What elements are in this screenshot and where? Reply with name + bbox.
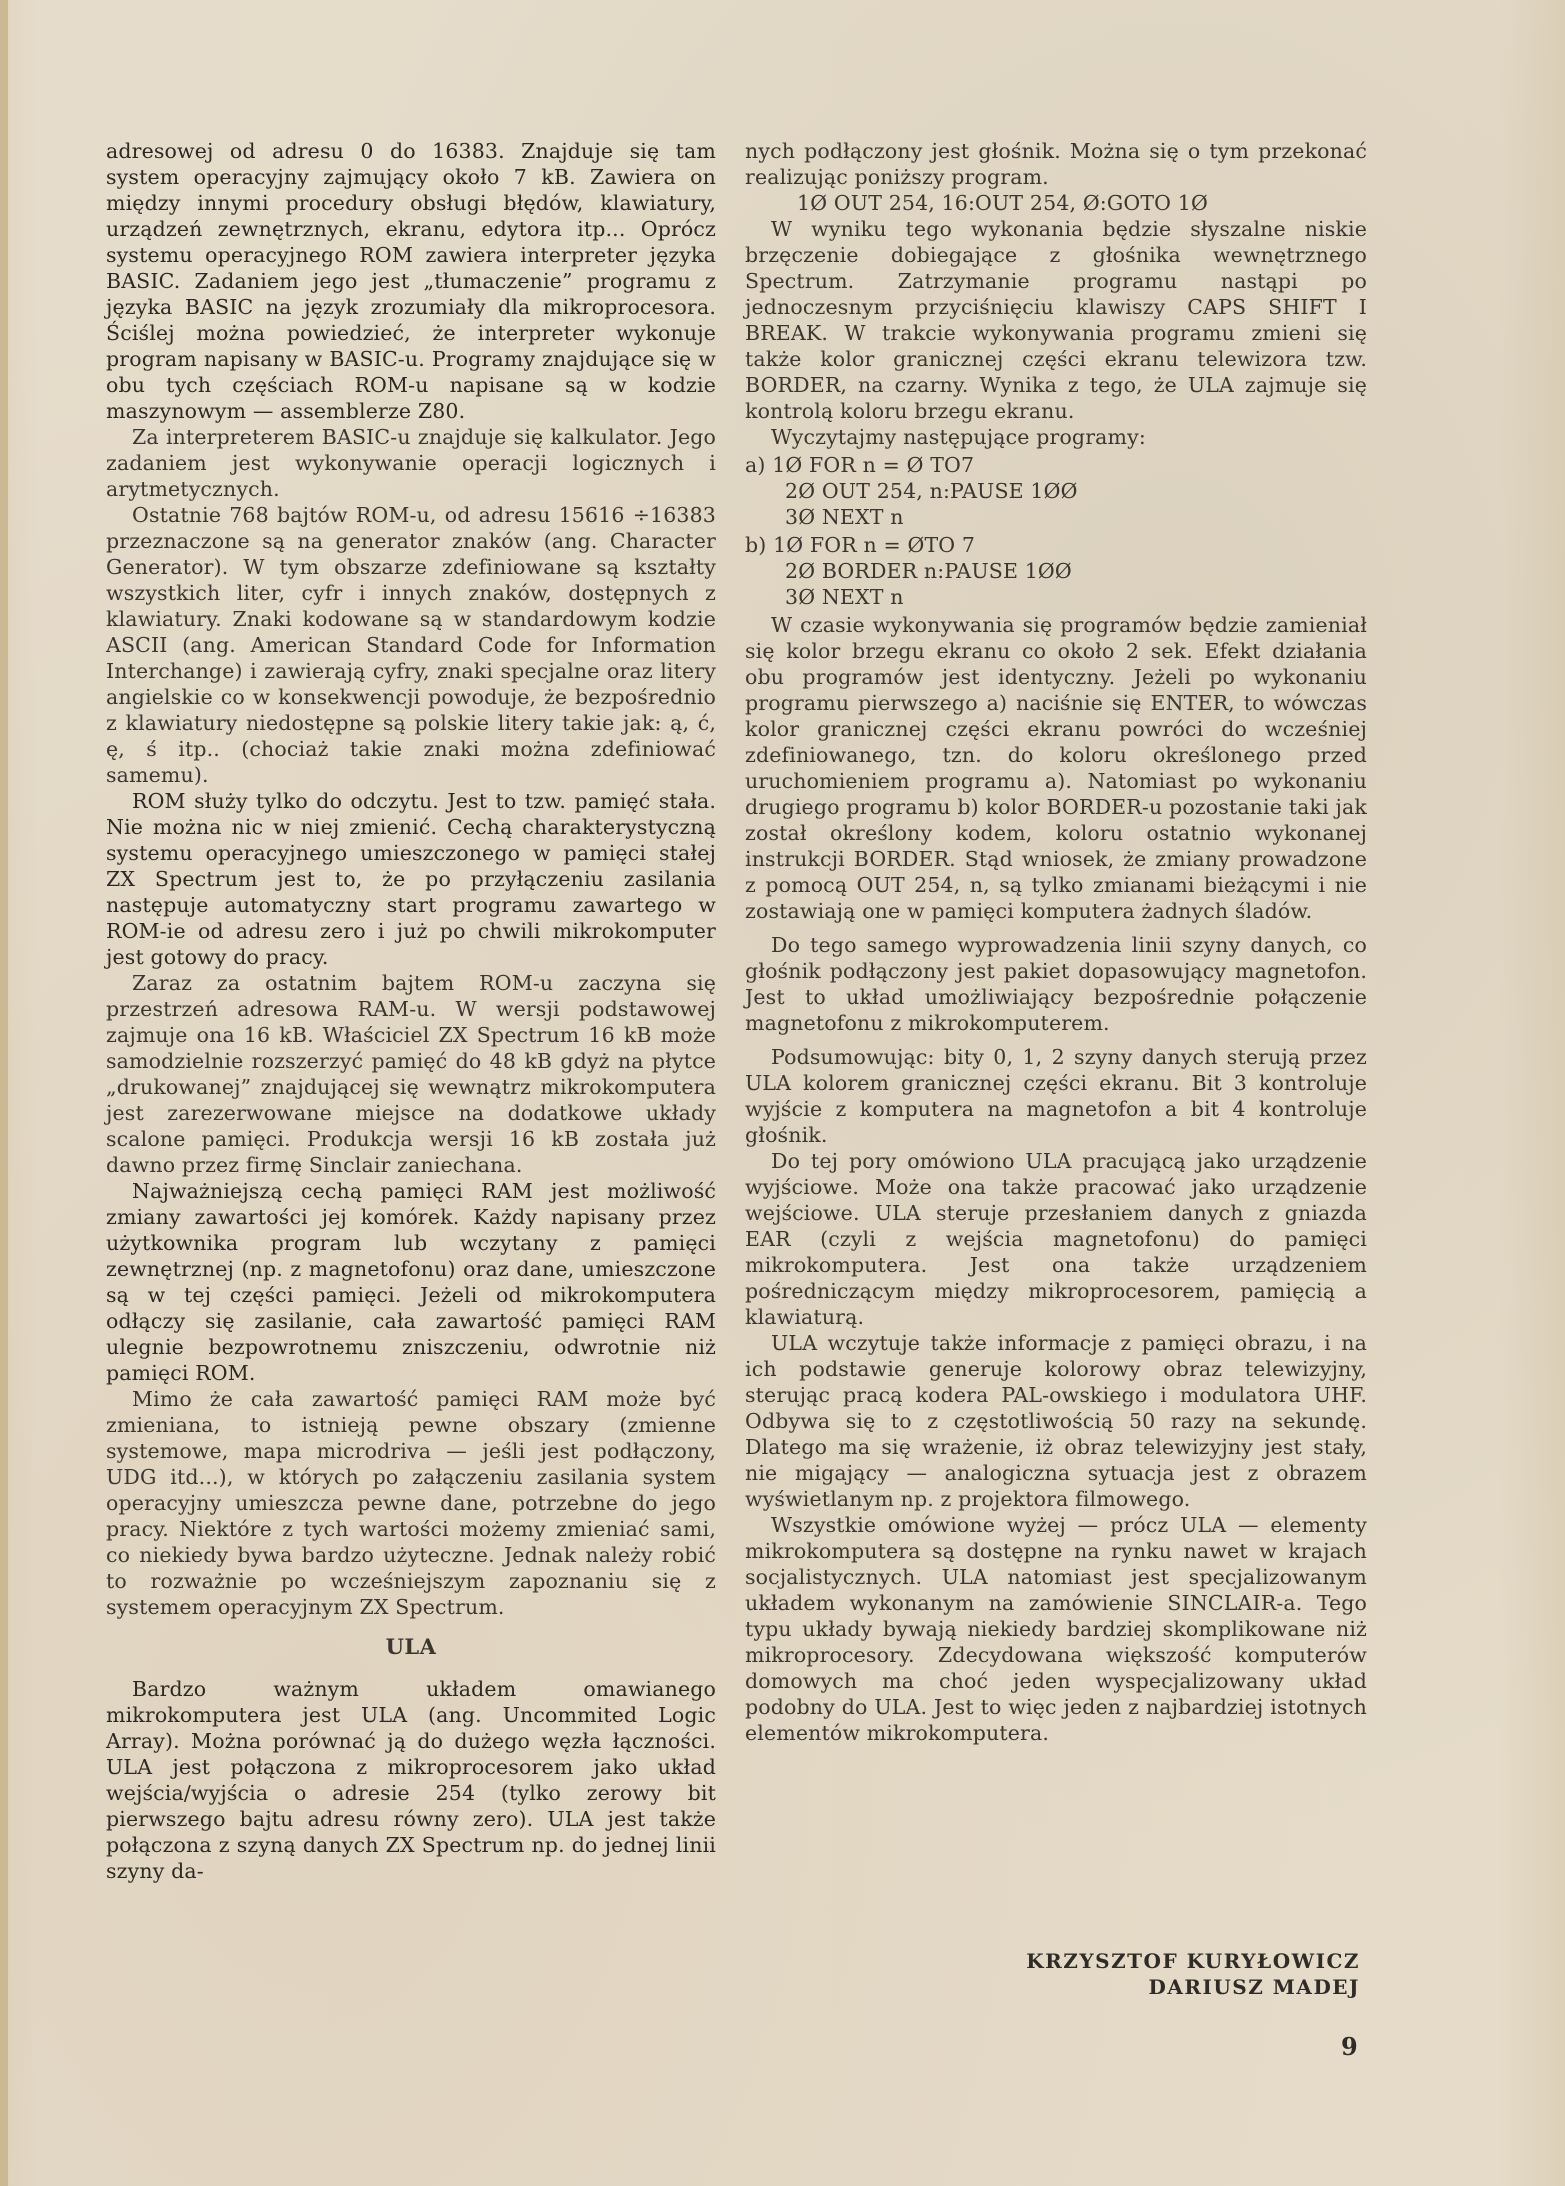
paragraph: Bardzo ważnym układem omawianego mikroko… <box>106 1676 716 1884</box>
paragraph: Wszystkie omówione wyżej — prócz ULA — e… <box>745 1512 1367 1746</box>
listing-line: 3Ø NEXT n <box>745 584 1367 610</box>
listing-line: 2Ø BORDER n:PAUSE 1ØØ <box>745 558 1367 584</box>
paragraph: Najważniejszą cechą pamięci RAM jest moż… <box>106 1178 716 1386</box>
paragraph: ROM służy tylko do odczytu. Jest to tzw.… <box>106 788 716 970</box>
listing-line: a) 1Ø FOR n = Ø TO7 <box>745 452 1367 478</box>
listing-label: a) <box>745 453 766 477</box>
paragraph: Ostatnie 768 bajtów ROM-u, od adresu 156… <box>106 502 716 788</box>
right-column: nych podłączony jest głośnik. Można się … <box>745 138 1367 1746</box>
listing-line: b) 1Ø FOR n = ØTO 7 <box>745 532 1367 558</box>
page-number: 9 <box>1341 2032 1358 2061</box>
author-name: KRZYSZTOF KURYŁOWICZ <box>1026 1948 1360 1974</box>
author-signature: KRZYSZTOF KURYŁOWICZ DARIUSZ MADEJ <box>1026 1948 1360 2000</box>
program-code-line: 1Ø OUT 254, 16:OUT 254, Ø:GOTO 1Ø <box>745 190 1367 216</box>
page-spine-edge <box>0 0 8 2186</box>
left-column: adresowej od adresu 0 do 16383. Znajduje… <box>106 138 716 1884</box>
paragraph: Do tego samego wyprowadzenia linii szyny… <box>745 932 1367 1036</box>
listing-line: 3Ø NEXT n <box>745 504 1367 530</box>
program-listing-a: a) 1Ø FOR n = Ø TO7 2Ø OUT 254, n:PAUSE … <box>745 452 1367 530</box>
paragraph: W wyniku tego wykonania będzie słyszalne… <box>745 216 1367 424</box>
paragraph: Do tej pory omówiono ULA pracującą jako … <box>745 1148 1367 1330</box>
code-text: 1Ø FOR n = ØTO 7 <box>773 533 975 557</box>
paragraph: ULA wczytuje także informacje z pamięci … <box>745 1330 1367 1512</box>
magazine-page: adresowej od adresu 0 do 16383. Znajduje… <box>0 0 1565 2186</box>
listing-label: b) <box>745 533 766 557</box>
paragraph: nych podłączony jest głośnik. Można się … <box>745 138 1367 190</box>
code-text: 1Ø FOR n = Ø TO7 <box>772 453 974 477</box>
paragraph: Zaraz za ostatnim bajtem ROM-u zaczyna s… <box>106 970 716 1178</box>
paragraph: Podsumowując: bity 0, 1, 2 szyny danych … <box>745 1044 1367 1148</box>
paragraph: Wyczytajmy następujące programy: <box>745 424 1367 450</box>
program-listing-b: b) 1Ø FOR n = ØTO 7 2Ø BORDER n:PAUSE 1Ø… <box>745 532 1367 610</box>
paragraph: adresowej od adresu 0 do 16383. Znajduje… <box>106 138 716 424</box>
listing-line: 2Ø OUT 254, n:PAUSE 1ØØ <box>745 478 1367 504</box>
paragraph: W czasie wykonywania się programów będzi… <box>745 612 1367 924</box>
paragraph: Mimo że cała zawartość pamięci RAM może … <box>106 1386 716 1620</box>
paragraph: Za interpreterem BASIC-u znajduje się ka… <box>106 424 716 502</box>
author-name: DARIUSZ MADEJ <box>1026 1974 1360 2000</box>
section-heading-ula: ULA <box>106 1634 716 1660</box>
